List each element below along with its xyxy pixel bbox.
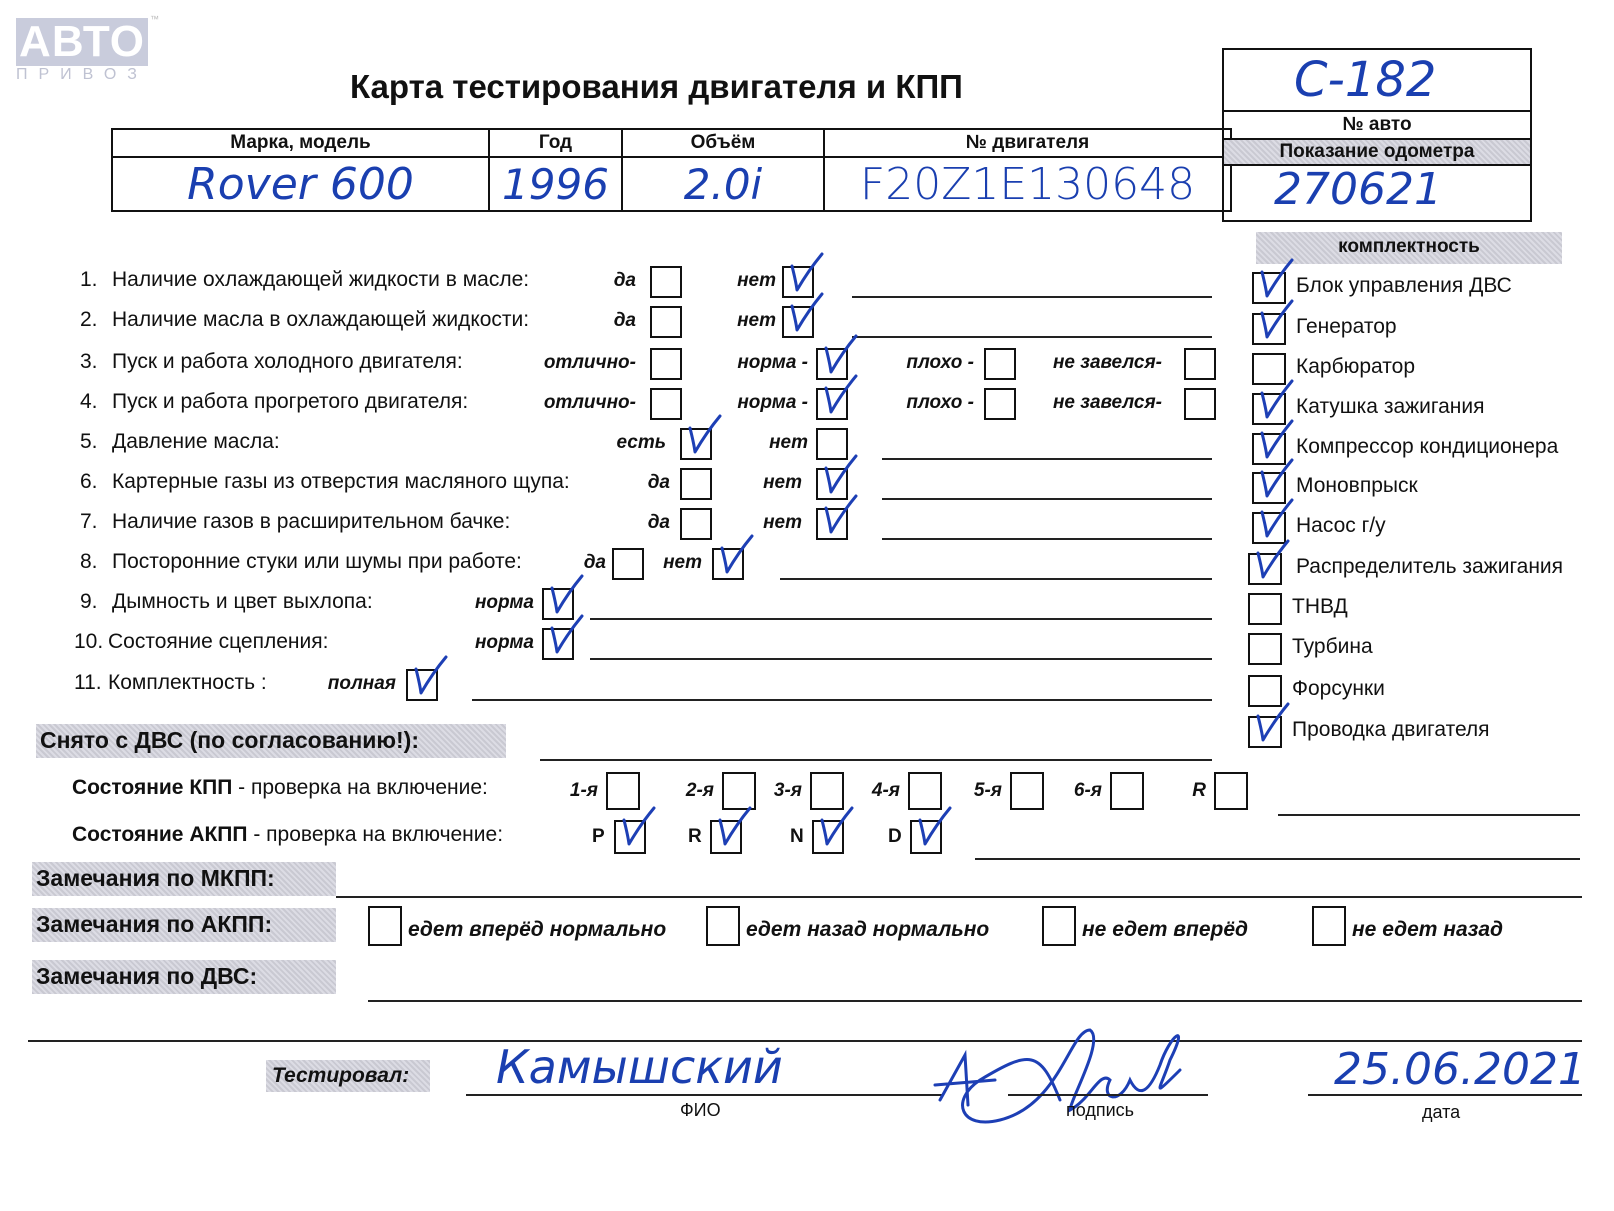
completeness-item-label: Турбина bbox=[1292, 635, 1373, 659]
manual-gearbox-label: Состояние КПП - проверка на включение: bbox=[72, 776, 488, 800]
completeness-checkbox[interactable] bbox=[1252, 472, 1286, 504]
completeness-checkbox[interactable] bbox=[1248, 593, 1282, 625]
completeness-item-label: Насос г/у bbox=[1296, 514, 1386, 538]
gear-label: 6-я bbox=[1018, 780, 1106, 802]
akpp-remark-label: едет вперёд нормально bbox=[408, 918, 666, 942]
remark-line[interactable] bbox=[472, 699, 1212, 701]
check-number: 9. bbox=[80, 590, 98, 614]
gear-label: R bbox=[688, 826, 702, 848]
remark-line[interactable] bbox=[882, 538, 1212, 540]
test-date-line[interactable] bbox=[1308, 1094, 1582, 1096]
tester-name-line[interactable] bbox=[466, 1094, 942, 1096]
remark-line[interactable] bbox=[780, 578, 1212, 580]
auto-number-label: № авто bbox=[1224, 114, 1530, 136]
odometer-label: Показание одометра bbox=[1224, 141, 1530, 163]
gear-checkbox[interactable] bbox=[710, 820, 742, 854]
gear-checkbox[interactable] bbox=[1214, 772, 1248, 810]
akpp-remarks-label: Замечания по АКПП: bbox=[36, 911, 272, 938]
check-number: 7. bbox=[80, 510, 98, 534]
option-checkbox[interactable] bbox=[542, 588, 574, 620]
akpp-remark-label: не едет назад bbox=[1352, 918, 1503, 942]
make-model-value: Rover 600 bbox=[187, 159, 414, 210]
check-number: 3. bbox=[80, 350, 98, 374]
option-label: норма bbox=[338, 592, 538, 614]
gear-label: N bbox=[790, 826, 804, 848]
completeness-item-label: Распределитель зажигания bbox=[1296, 555, 1563, 579]
option-label: отлично- bbox=[440, 352, 640, 374]
removed-label: Снято с ДВС (по согласованию!): bbox=[40, 727, 419, 754]
option-label: не завелся- bbox=[966, 352, 1166, 374]
completeness-item-label: ТНВД bbox=[1292, 595, 1348, 619]
option-checkbox[interactable] bbox=[1184, 348, 1216, 380]
akpp-remark-label: не едет вперёд bbox=[1082, 918, 1248, 942]
mkpp-remarks-line[interactable] bbox=[336, 896, 1582, 898]
completeness-checkbox[interactable] bbox=[1252, 353, 1286, 385]
option-label: нет bbox=[580, 270, 780, 292]
trademark-mark: ™ bbox=[150, 14, 159, 24]
gear-label: 1-я bbox=[520, 780, 602, 802]
auto-gearbox-remark-line[interactable] bbox=[975, 858, 1580, 860]
dvs-remarks-line[interactable] bbox=[368, 1000, 1582, 1002]
check-number: 6. bbox=[80, 470, 98, 494]
gear-label: 2-я bbox=[620, 780, 718, 802]
mkpp-remarks-label: Замечания по МКПП: bbox=[36, 865, 275, 892]
gear-label: D bbox=[888, 826, 902, 848]
brand-logo: АВТО bbox=[16, 18, 148, 66]
engine-number-value: F20Z1E130648 bbox=[860, 159, 1195, 210]
check-number: 1. bbox=[80, 268, 98, 292]
check-label: Состояние сцепления: bbox=[108, 630, 328, 654]
page-title: Карта тестирования двигателя и КПП bbox=[350, 68, 963, 106]
check-number: 11. bbox=[74, 671, 102, 695]
option-checkbox[interactable] bbox=[542, 628, 574, 660]
completeness-item-label: Катушка зажигания bbox=[1296, 395, 1484, 419]
year-value: 1996 bbox=[502, 160, 609, 209]
completeness-item-label: Карбюратор bbox=[1296, 355, 1415, 379]
completeness-checkbox[interactable] bbox=[1248, 716, 1282, 748]
engine-number-field[interactable]: F20Z1E130648 bbox=[824, 157, 1231, 211]
remark-line[interactable] bbox=[590, 618, 1212, 620]
completeness-checkbox[interactable] bbox=[1252, 313, 1286, 345]
option-checkbox[interactable] bbox=[712, 548, 744, 580]
option-checkbox[interactable] bbox=[816, 468, 848, 500]
option-checkbox[interactable] bbox=[816, 508, 848, 540]
check-label: Наличие газов в расширительном бачке: bbox=[112, 510, 510, 534]
option-checkbox[interactable] bbox=[1184, 388, 1216, 420]
gear-label: 3-я bbox=[720, 780, 806, 802]
remark-line[interactable] bbox=[852, 336, 1212, 338]
check-label: Давление масла: bbox=[112, 430, 280, 454]
make-model-field[interactable]: Rover 600 bbox=[112, 157, 489, 211]
volume-header: Объём bbox=[622, 129, 824, 157]
volume-field[interactable]: 2.0i bbox=[622, 157, 824, 211]
volume-value: 2.0i bbox=[684, 160, 762, 209]
signature-caption: подпись bbox=[1066, 1100, 1134, 1121]
test-date-value: 25.06.2021 bbox=[1334, 1044, 1586, 1095]
option-label: отлично- bbox=[440, 392, 640, 414]
completeness-item-label: Моновпрыск bbox=[1296, 474, 1418, 498]
completeness-checkbox[interactable] bbox=[1248, 553, 1282, 585]
check-label: Пуск и работа прогретого двигателя: bbox=[112, 390, 468, 414]
option-label: нет bbox=[506, 552, 706, 574]
option-label: плохо - bbox=[778, 352, 978, 374]
odometer-value[interactable]: 270621 bbox=[1274, 164, 1442, 215]
option-label: нет bbox=[606, 472, 806, 494]
name-caption: ФИО bbox=[680, 1100, 721, 1121]
check-number: 10. bbox=[74, 630, 103, 654]
akpp-remark-label: едет назад нормально bbox=[746, 918, 989, 942]
completeness-item-label: Проводка двигателя bbox=[1292, 718, 1490, 742]
completeness-checkbox[interactable] bbox=[1248, 675, 1282, 707]
brand-logo-subtitle: ПРИВОЗ bbox=[16, 66, 148, 84]
option-checkbox[interactable] bbox=[816, 428, 848, 460]
date-caption: дата bbox=[1422, 1102, 1460, 1123]
option-label: норма bbox=[338, 632, 538, 654]
remark-line[interactable] bbox=[882, 458, 1212, 460]
tested-by-label: Тестировал: bbox=[272, 1064, 409, 1088]
check-label: Дымность и цвет выхлопа: bbox=[112, 590, 373, 614]
option-checkbox[interactable] bbox=[406, 669, 438, 701]
option-label: нет bbox=[606, 512, 806, 534]
completeness-checkbox[interactable] bbox=[1248, 633, 1282, 665]
check-number: 4. bbox=[80, 390, 98, 414]
dvs-remarks-label: Замечания по ДВС: bbox=[36, 963, 257, 990]
gear-label: P bbox=[592, 826, 605, 848]
remark-line[interactable] bbox=[852, 296, 1212, 298]
option-checkbox[interactable] bbox=[782, 306, 814, 338]
option-label: не завелся- bbox=[966, 392, 1166, 414]
auto-number-box: C-182 № авто Показание одометра 270621 bbox=[1222, 48, 1532, 222]
check-number: 8. bbox=[80, 550, 98, 574]
remark-line[interactable] bbox=[590, 658, 1212, 660]
gear-label: R bbox=[1126, 780, 1210, 802]
completeness-item-label: Компрессор кондиционера bbox=[1296, 435, 1558, 459]
auto-gearbox-label: Состояние АКПП - проверка на включение: bbox=[72, 823, 503, 847]
option-label: полная bbox=[200, 673, 400, 695]
signature-line[interactable] bbox=[1008, 1094, 1208, 1096]
option-checkbox[interactable] bbox=[782, 266, 814, 298]
make-model-header: Марка, модель bbox=[112, 129, 489, 157]
option-label: плохо - bbox=[778, 392, 978, 414]
remark-line[interactable] bbox=[882, 498, 1212, 500]
completeness-checkbox[interactable] bbox=[1252, 512, 1286, 544]
option-label: нет bbox=[612, 432, 812, 454]
dvs-remarks-line-2[interactable] bbox=[28, 1040, 1582, 1042]
year-header: Год bbox=[489, 129, 622, 157]
akpp-remark-checkbox[interactable] bbox=[1312, 906, 1346, 946]
gear-checkbox[interactable] bbox=[910, 820, 942, 854]
completeness-checkbox[interactable] bbox=[1252, 272, 1286, 304]
manual-gearbox-remark-line[interactable] bbox=[1278, 814, 1580, 816]
option-label: нет bbox=[580, 310, 780, 332]
tester-name-value: Камышский bbox=[496, 1040, 783, 1094]
completeness-checkbox[interactable] bbox=[1252, 393, 1286, 425]
gear-checkbox[interactable] bbox=[614, 820, 646, 854]
year-field[interactable]: 1996 bbox=[489, 157, 622, 211]
auto-number-value: C-182 bbox=[1294, 52, 1436, 108]
completeness-item-label: Форсунки bbox=[1292, 677, 1385, 701]
completeness-checkbox[interactable] bbox=[1252, 433, 1286, 465]
vehicle-info-table: Марка, модель Год Объём № двигателя Rove… bbox=[111, 128, 1232, 212]
completeness-item-label: Блок управления ДВС bbox=[1296, 274, 1512, 298]
gear-label: 5-я bbox=[920, 780, 1006, 802]
removed-input-line[interactable] bbox=[540, 759, 1212, 761]
akpp-remark-checkbox[interactable] bbox=[368, 906, 402, 946]
akpp-remark-checkbox[interactable] bbox=[1042, 906, 1076, 946]
engine-number-header: № двигателя bbox=[824, 129, 1231, 157]
completeness-title: комплектность bbox=[1256, 236, 1562, 258]
gear-label: 4-я bbox=[820, 780, 904, 802]
check-label: Пуск и работа холодного двигателя: bbox=[112, 350, 463, 374]
completeness-item-label: Генератор bbox=[1296, 315, 1397, 339]
check-number: 2. bbox=[80, 308, 98, 332]
gear-checkbox[interactable] bbox=[812, 820, 844, 854]
akpp-remark-checkbox[interactable] bbox=[706, 906, 740, 946]
check-number: 5. bbox=[80, 430, 98, 454]
